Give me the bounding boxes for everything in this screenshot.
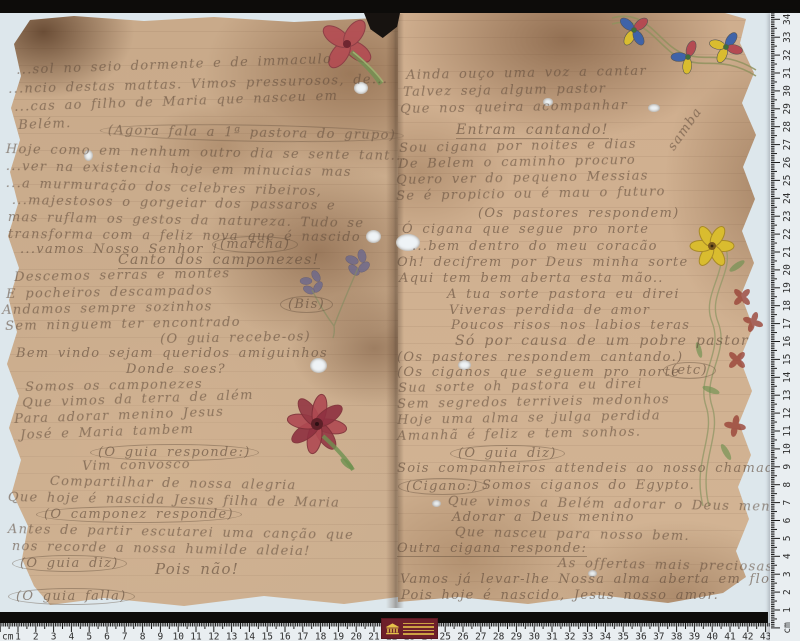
svg-text:5: 5 bbox=[86, 632, 92, 641]
svg-text:2: 2 bbox=[33, 632, 39, 641]
svg-text:29: 29 bbox=[511, 632, 523, 641]
svg-text:23: 23 bbox=[782, 210, 793, 221]
svg-text:41: 41 bbox=[724, 632, 736, 641]
svg-text:11: 11 bbox=[190, 632, 202, 641]
svg-text:33: 33 bbox=[782, 31, 793, 42]
svg-text:4: 4 bbox=[69, 632, 75, 641]
manuscript-line: Adorar a Deus menino bbox=[452, 510, 635, 525]
manuscript-line: Viveras perdida de amor bbox=[449, 303, 650, 318]
classical-building-icon bbox=[385, 623, 400, 635]
svg-text:15: 15 bbox=[782, 354, 793, 365]
samba-annotation: samba bbox=[665, 105, 706, 154]
svg-text:30: 30 bbox=[782, 85, 793, 97]
svg-text:16: 16 bbox=[782, 336, 793, 348]
manuscript-line: Aqui tem bem aberta esta mão.. bbox=[399, 271, 664, 286]
svg-text:35: 35 bbox=[617, 632, 628, 641]
svg-text:12: 12 bbox=[208, 632, 219, 641]
svg-text:42: 42 bbox=[742, 632, 753, 641]
svg-text:13: 13 bbox=[782, 389, 793, 400]
svg-text:6: 6 bbox=[782, 517, 793, 523]
scan-black-edge-top bbox=[0, 0, 800, 13]
svg-text:40: 40 bbox=[706, 632, 718, 641]
manuscript-line: Ainda ouço uma voz a cantar bbox=[406, 64, 647, 83]
svg-text:29: 29 bbox=[782, 103, 793, 115]
manuscript-line: Só por causa de um pobre pastor bbox=[455, 333, 749, 349]
svg-text:1: 1 bbox=[782, 607, 793, 613]
svg-text:26: 26 bbox=[782, 157, 793, 169]
svg-text:34: 34 bbox=[782, 13, 793, 25]
svg-text:18: 18 bbox=[782, 300, 793, 312]
archive-emblem bbox=[381, 618, 438, 639]
svg-text:3: 3 bbox=[782, 571, 793, 577]
svg-text:cm: cm bbox=[782, 622, 793, 634]
svg-text:18: 18 bbox=[315, 632, 327, 641]
manuscript-line: Sois companheiros attendeis ao nosso cha… bbox=[397, 461, 789, 476]
svg-text:9: 9 bbox=[782, 464, 793, 470]
svg-text:13: 13 bbox=[226, 632, 237, 641]
svg-text:28: 28 bbox=[493, 632, 505, 641]
manuscript-line: Entram cantando! bbox=[456, 122, 609, 139]
manuscript-scan: ...sol no seio dormente e de immaculo...… bbox=[0, 0, 800, 641]
right-ruler-scale: 1234567891011121314151617181920212223242… bbox=[770, 13, 800, 641]
svg-text:15: 15 bbox=[261, 632, 272, 641]
manuscript-line: Oh! decifrem por Deus minha sorte bbox=[397, 255, 688, 270]
svg-text:34: 34 bbox=[600, 632, 612, 641]
svg-text:7: 7 bbox=[782, 500, 793, 506]
manuscript-line: A tua sorte pastora eu direi bbox=[447, 287, 680, 302]
manuscript-line: Outra cigana responde: bbox=[397, 541, 587, 557]
manuscript-line: Vamos já levar-lhe Nossa alma aberta em … bbox=[400, 572, 778, 587]
svg-text:10: 10 bbox=[172, 632, 184, 641]
svg-text:3: 3 bbox=[51, 632, 57, 641]
svg-text:20: 20 bbox=[782, 264, 793, 276]
svg-text:39: 39 bbox=[689, 632, 701, 641]
svg-text:19: 19 bbox=[333, 632, 345, 641]
svg-text:31: 31 bbox=[782, 67, 793, 79]
svg-text:10: 10 bbox=[782, 443, 793, 455]
svg-text:17: 17 bbox=[297, 632, 308, 641]
manuscript-line: Talvez seja algum pastor bbox=[403, 81, 606, 100]
svg-text:12: 12 bbox=[782, 407, 793, 418]
svg-text:14: 14 bbox=[244, 632, 256, 641]
manuscript-line: (O guia diz) bbox=[450, 445, 565, 462]
manuscript-line: (etc) bbox=[663, 362, 716, 379]
svg-text:1: 1 bbox=[15, 632, 21, 641]
svg-text:30: 30 bbox=[528, 632, 540, 641]
svg-text:8: 8 bbox=[140, 632, 146, 641]
svg-text:9: 9 bbox=[158, 632, 164, 641]
svg-text:37: 37 bbox=[653, 632, 664, 641]
svg-text:16: 16 bbox=[279, 632, 291, 641]
svg-text:8: 8 bbox=[782, 482, 793, 488]
manuscript-line: ...bem dentro do meu coracão bbox=[412, 239, 658, 254]
svg-text:2: 2 bbox=[782, 589, 793, 595]
svg-text:22: 22 bbox=[782, 228, 793, 239]
svg-text:17: 17 bbox=[782, 318, 793, 329]
svg-text:27: 27 bbox=[782, 139, 793, 150]
svg-text:38: 38 bbox=[671, 632, 683, 641]
manuscript-line: (Os pastores respondem cantando.) bbox=[397, 350, 683, 365]
manuscript-line: (Os pastores respondem) bbox=[478, 206, 679, 221]
svg-text:25: 25 bbox=[439, 632, 450, 641]
emblem-text-lines bbox=[403, 623, 434, 635]
svg-text:36: 36 bbox=[635, 632, 647, 641]
svg-text:25: 25 bbox=[782, 175, 793, 186]
svg-text:26: 26 bbox=[457, 632, 469, 641]
svg-text:4: 4 bbox=[782, 553, 793, 559]
svg-text:21: 21 bbox=[782, 246, 793, 258]
svg-text:11: 11 bbox=[782, 425, 793, 437]
svg-text:28: 28 bbox=[782, 121, 793, 133]
right-page-text-layer: samba Ainda ouço uma voz a cantarTalvez … bbox=[0, 0, 800, 641]
svg-text:31: 31 bbox=[546, 632, 558, 641]
svg-text:33: 33 bbox=[582, 632, 593, 641]
svg-text:6: 6 bbox=[104, 632, 110, 641]
manuscript-line: Poucos risos nos labios teras bbox=[451, 318, 690, 333]
manuscript-line: Pois hoje é nascido, Jesus nosso amor. bbox=[401, 588, 719, 603]
svg-text:24: 24 bbox=[782, 192, 793, 204]
svg-text:cm: cm bbox=[2, 632, 14, 641]
manuscript-line: Ó cigana que segue pro norte bbox=[402, 222, 649, 237]
manuscript-line: Amanhã é feliz e tem sonhos. bbox=[397, 425, 641, 444]
svg-text:5: 5 bbox=[782, 536, 793, 542]
svg-text:32: 32 bbox=[564, 632, 575, 641]
svg-text:20: 20 bbox=[350, 632, 362, 641]
svg-text:14: 14 bbox=[782, 371, 793, 383]
manuscript-line: Somos ciganos do Egypto. bbox=[482, 478, 695, 493]
manuscript-line: Que nos queira acompanhar bbox=[400, 98, 628, 117]
svg-text:32: 32 bbox=[782, 49, 793, 60]
svg-text:7: 7 bbox=[122, 632, 128, 641]
svg-text:19: 19 bbox=[782, 282, 793, 294]
svg-text:21: 21 bbox=[368, 632, 380, 641]
right-ruler: 1234567891011121314151617181920212223242… bbox=[770, 13, 800, 641]
svg-text:27: 27 bbox=[475, 632, 486, 641]
manuscript-line: (Cigano:) bbox=[398, 478, 487, 495]
